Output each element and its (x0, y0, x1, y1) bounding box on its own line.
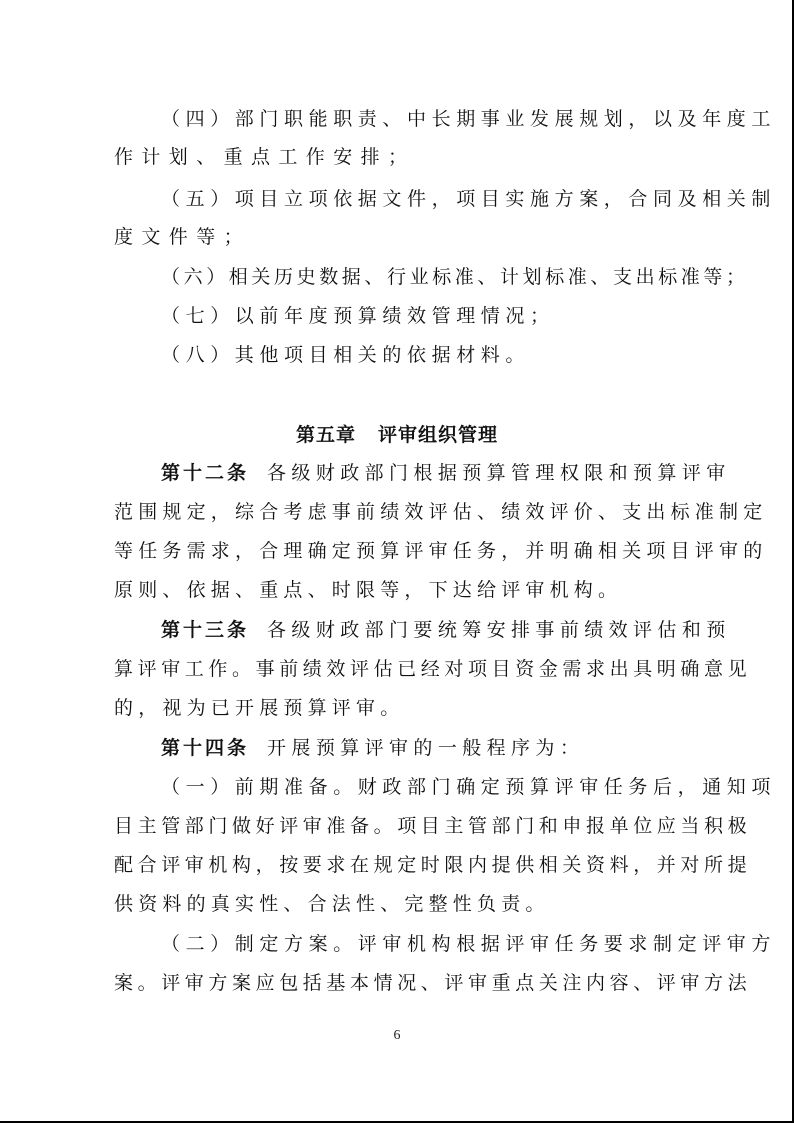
article-13-first-line: 第十三条各级财政部门要统筹安排事前绩效评估和预 (161, 615, 731, 645)
article-12-first-line: 第十二条各级财政部门根据预算管理权限和预算评审 (161, 458, 731, 488)
article-12-line-2: 范围规定，综合考虑事前绩效评估、绩效评价、支出标准制定 (114, 497, 767, 527)
article-14-first-line: 第十四条开展预算评审的一般程序为： (161, 733, 584, 763)
page-number: 6 (0, 1028, 794, 1044)
list-item-8: （八）其他项目相关的依据材料。 (161, 340, 530, 370)
article-13-line-2: 算评审工作。事前绩效评估已经对项目资金需求出具明确意见 (114, 654, 751, 684)
article-13-text: 各级财政部门要统筹安排事前绩效评估和预 (267, 619, 731, 641)
chapter-number: 第五章 (296, 424, 356, 446)
document-page: （四）部门职能职责、中长期事业发展规划，以及年度工 作计划、重点工作安排； （五… (0, 0, 794, 1123)
list-item-5-line-1: （五）项目立项依据文件，项目实施方案，合同及相关制 (161, 184, 776, 214)
list-item-7: （七）以前年度预算绩效管理情况； (161, 301, 555, 331)
procedure-1-line-4: 供资料的真实性、合法性、完整性负责。 (114, 889, 550, 919)
list-item-4-line-1: （四）部门职能职责、中长期事业发展规划，以及年度工 (161, 104, 776, 134)
article-12-label: 第十二条 (161, 462, 249, 484)
list-item-4-line-2: 作计划、重点工作安排； (114, 142, 415, 172)
article-12-line-3: 等任务需求，合理确定预算评审任务，并明确相关项目评审的 (114, 536, 767, 566)
article-12-text: 各级财政部门根据预算管理权限和预算评审 (267, 462, 731, 484)
procedure-1-line-2: 目主管部门做好评审准备。项目主管部门和申报单位应当积极 (114, 811, 751, 841)
procedure-1-line-3: 配合评审机构，按要求在规定时限内提供相关资料，并对所提 (114, 850, 751, 880)
chapter-heading: 第五章评审组织管理 (114, 420, 680, 450)
article-13-line-3: 的，视为已开展预算评审。 (114, 693, 404, 723)
article-12-line-4: 原则、依据、重点、时限等，下达给评审机构。 (114, 575, 622, 605)
article-14-label: 第十四条 (161, 737, 249, 759)
procedure-2-line-2: 案。评审方案应包括基本情况、评审重点关注内容、评审方法 (114, 968, 751, 998)
article-14-text: 开展预算评审的一般程序为： (267, 737, 584, 759)
procedure-2-line-1: （二）制定方案。评审机构根据评审任务要求制定评审方 (161, 929, 776, 959)
chapter-title: 评审组织管理 (378, 424, 498, 446)
procedure-1-line-1: （一）前期准备。财政部门确定预算评审任务后，通知项 (161, 772, 776, 802)
article-13-label: 第十三条 (161, 619, 249, 641)
list-item-5-line-2: 度文件等； (114, 222, 251, 252)
list-item-6: （六）相关历史数据、行业标准、计划标准、支出标准等； (161, 262, 749, 292)
